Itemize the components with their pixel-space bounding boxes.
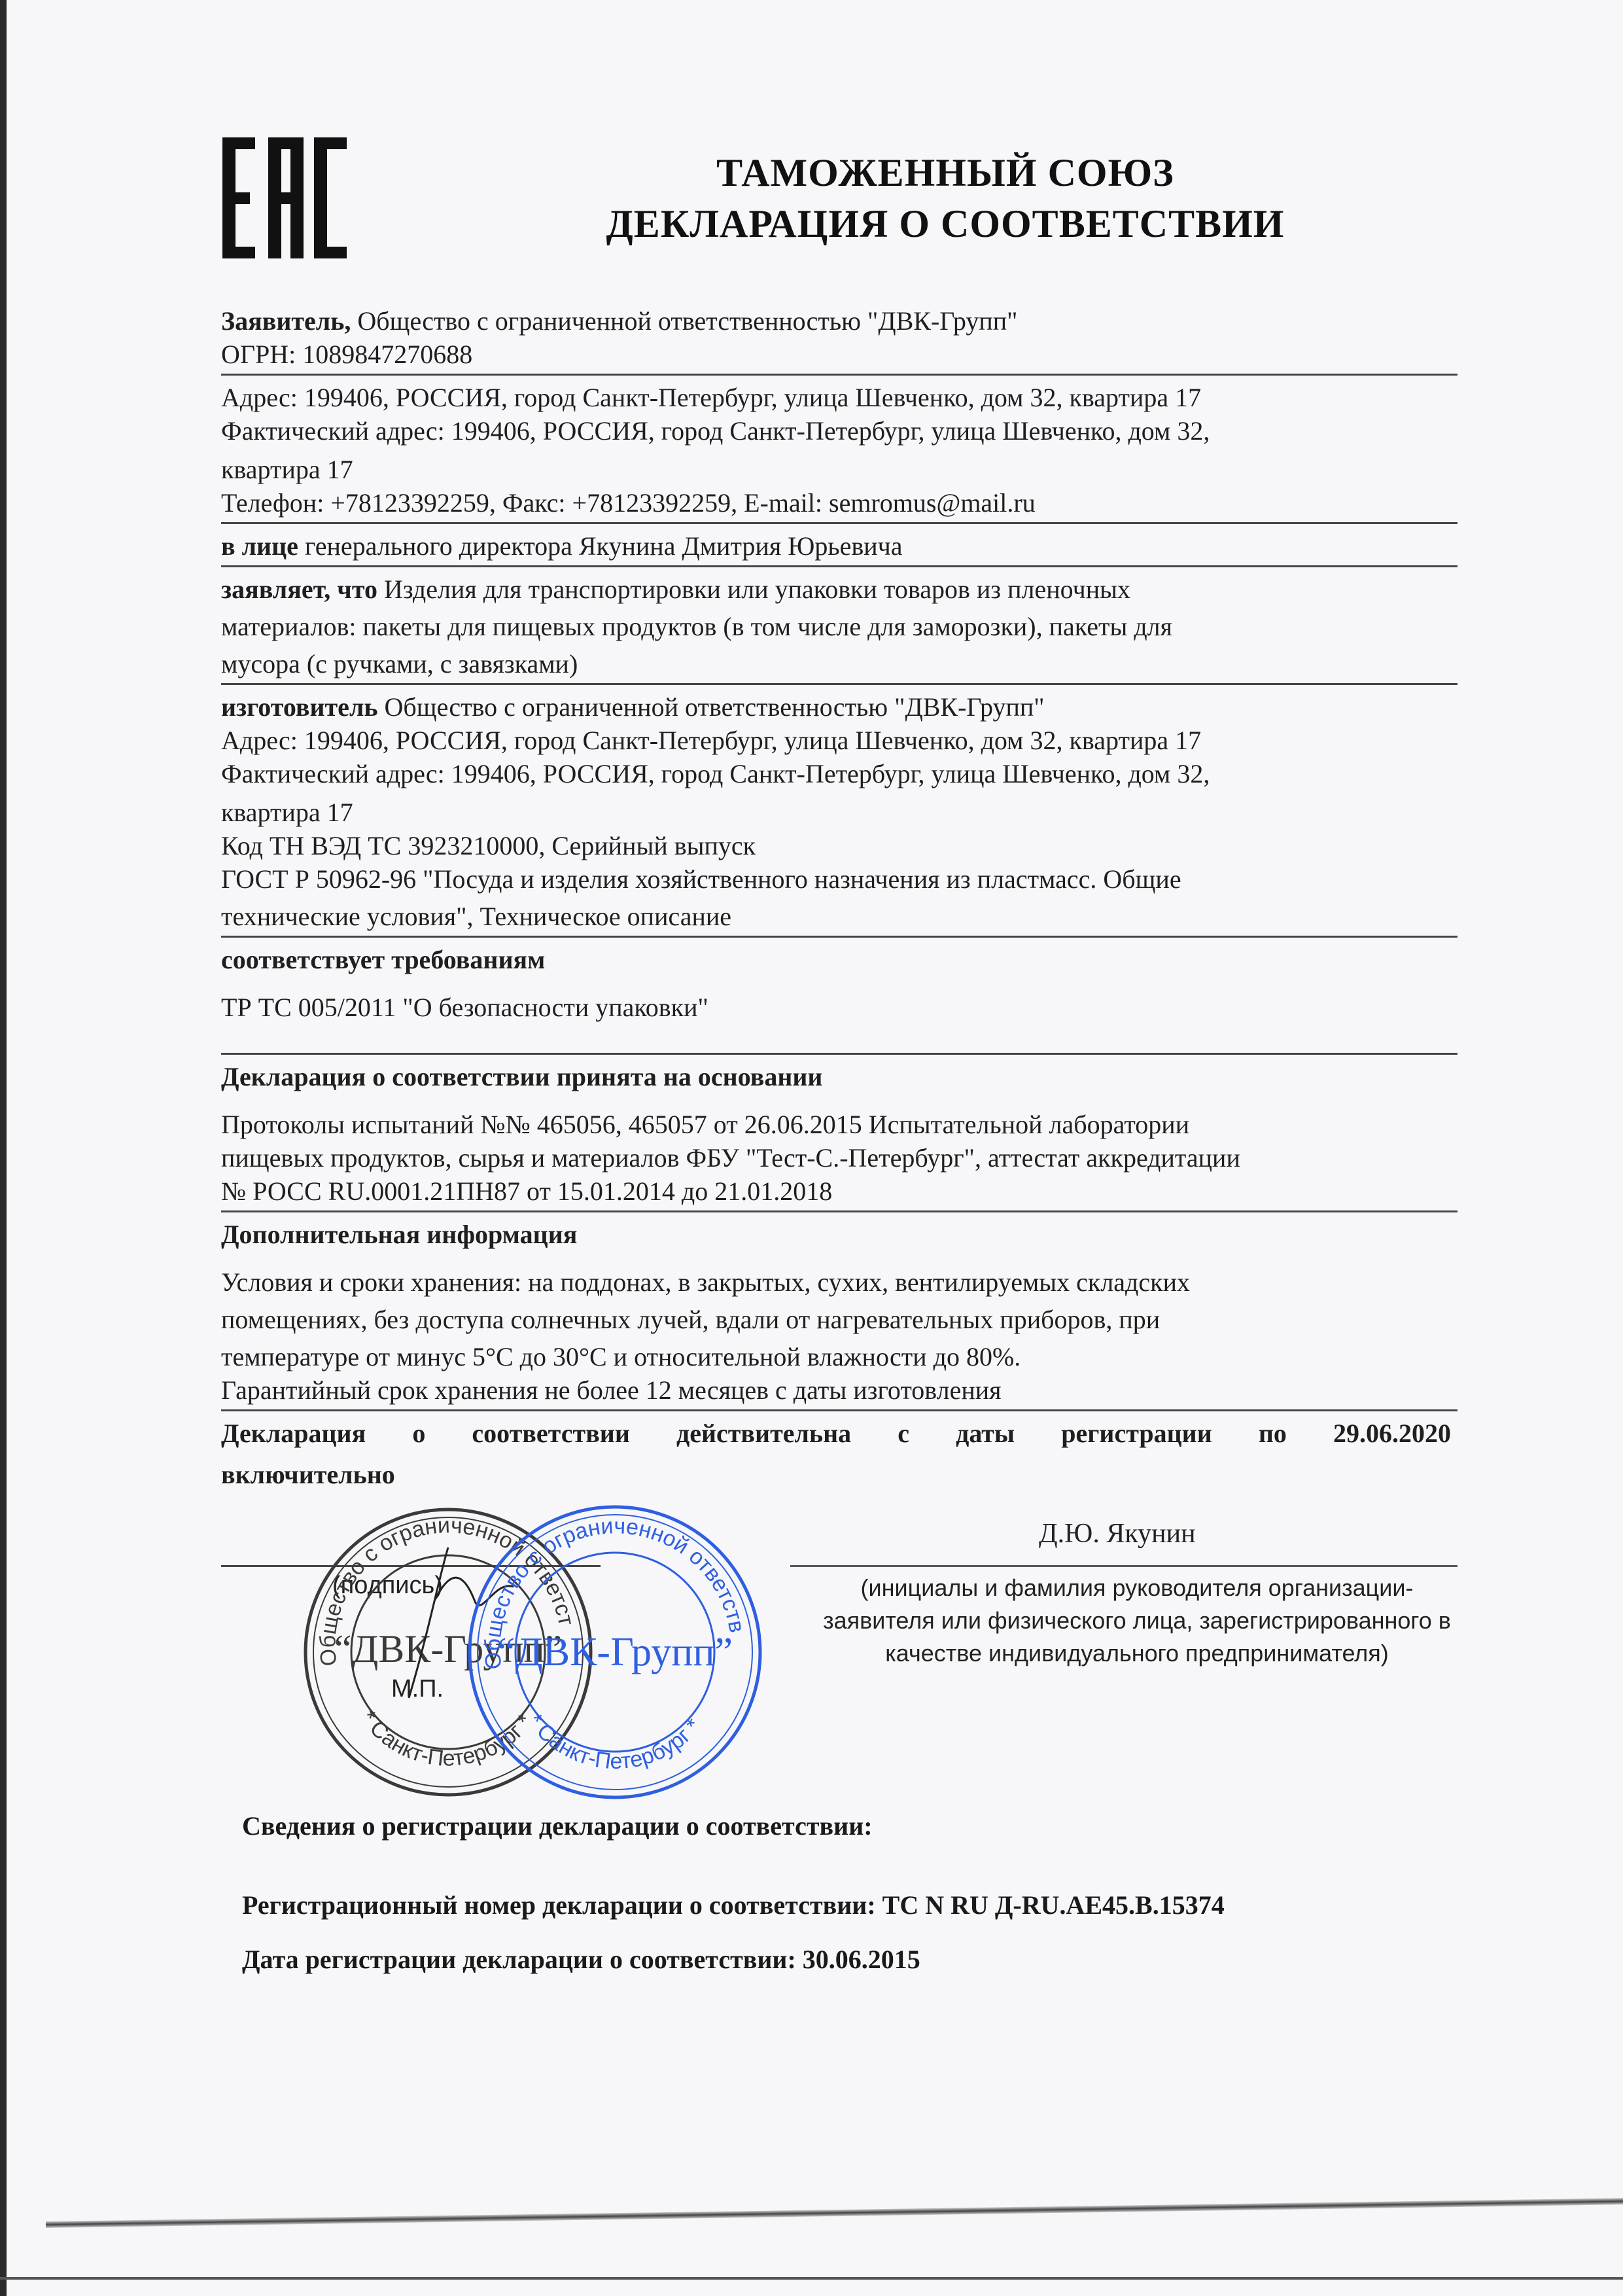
applicant-ogrn: ОГРН: 1089847270688 (221, 338, 1451, 371)
validity-line-2: включительно (221, 1458, 1451, 1491)
registration-number: Регистрационный номер декларации о соотв… (242, 1888, 1485, 1922)
applicant-actual-address: Фактический адрес: 199406, РОССИЯ, город… (221, 414, 1451, 448)
divider (221, 1409, 1457, 1411)
representative-text: генерального директора Якунина Дмитрия Ю… (298, 531, 903, 561)
manufacturer-actual-address: Фактический адрес: 199406, РОССИЯ, город… (221, 757, 1451, 790)
manufacturer-section: изготовитель Общество с ограниченной отв… (221, 690, 1451, 933)
compliance-section: соответствует требованиям ТР ТС 005/2011… (221, 943, 1451, 1050)
manufacturer-name: Общество с ограниченной ответственностью… (378, 692, 1045, 722)
applicant-name: Общество с ограниченной ответственностью… (351, 306, 1017, 336)
divider (221, 1210, 1457, 1212)
representative-line: в лице генерального директора Якунина Дм… (221, 529, 1451, 563)
compliance-label: соответствует требованиям (221, 943, 1451, 976)
footer-rule (46, 2198, 1623, 2228)
scan-edge (0, 0, 7, 2296)
basis-line-3: № РОСС RU.0001.21ПН87 от 15.01.2014 до 2… (221, 1174, 1451, 1208)
storage-line-2: помещениях, без доступа солнечных лучей,… (221, 1303, 1451, 1336)
validity-line-1: Декларация о соответствии действительна … (221, 1417, 1451, 1450)
hs-code: Код ТН ВЭД ТС 3923210000, Серийный выпус… (221, 829, 1451, 862)
divider (221, 683, 1457, 685)
eac-logo-icon (222, 137, 353, 258)
applicant-section: Заявитель, Общество с ограниченной ответ… (221, 304, 1451, 371)
document-title: ТАМОЖЕННЫЙ СОЮЗ ДЕКЛАРАЦИЯ О СООТВЕТСТВИ… (536, 147, 1354, 249)
product-line-3: мусора (с ручками, с завязками) (221, 647, 1451, 680)
signer-caption: (инициалы и фамилия руководителя организ… (797, 1572, 1477, 1670)
eac-letter-c (314, 137, 351, 258)
eac-letter-e (222, 137, 259, 258)
svg-text:* Санкт-Петербург *: * Санкт-Петербург * (522, 1709, 706, 1774)
company-stamp-blue: Общество с ограниченной ответственностью… (461, 1498, 769, 1806)
applicant-label: Заявитель, (221, 306, 351, 336)
registration-date: Дата регистрации декларации о соответств… (242, 1943, 1485, 1976)
document-body: Заявитель, Общество с ограниченной ответ… (221, 304, 1451, 1491)
signer-name-line (790, 1565, 1457, 1567)
signer-name: Д.Ю. Якунин (1039, 1518, 1196, 1549)
validity-section: Декларация о соответствии действительна … (221, 1417, 1451, 1491)
basis-line-2: пищевых продуктов, сырья и материалов ФБ… (221, 1141, 1451, 1174)
title-customs-union: ТАМОЖЕННЫЙ СОЮЗ (536, 147, 1354, 198)
storage-line-3: температуре от минус 5°С до 30°С и относ… (221, 1340, 1451, 1373)
basis-line-1: Протоколы испытаний №№ 465056, 465057 от… (221, 1108, 1451, 1141)
registration-section: Сведения о регистрации декларации о соот… (242, 1809, 1485, 1976)
declaration-document: ТАМОЖЕННЫЙ СОЮЗ ДЕКЛАРАЦИЯ О СООТВЕТСТВИ… (0, 0, 1623, 2296)
divider (221, 1053, 1457, 1055)
applicant-address: Адрес: 199406, РОССИЯ, город Санкт-Петер… (221, 381, 1451, 414)
divider (221, 936, 1457, 938)
manufacturer-address: Адрес: 199406, РОССИЯ, город Санкт-Петер… (221, 724, 1451, 757)
scan-bottom-edge (0, 2277, 1623, 2280)
registration-heading: Сведения о регистрации декларации о соот… (242, 1809, 1485, 1843)
manufacturer-label: изготовитель (221, 692, 378, 722)
applicant-contacts: Телефон: +78123392259, Факс: +7812339225… (221, 486, 1451, 520)
basis-label: Декларация о соответствии принята на осн… (221, 1060, 1451, 1093)
storage-line-1: Условия и сроки хранения: на поддонах, в… (221, 1265, 1451, 1299)
eac-letter-a (268, 137, 305, 258)
product-line-2: материалов: пакеты для пищевых продуктов… (221, 610, 1451, 643)
warranty-line: Гарантийный срок хранения не более 12 ме… (221, 1373, 1451, 1407)
additional-info-section: Дополнительная информация Условия и срок… (221, 1218, 1451, 1407)
divider (221, 522, 1457, 524)
representative-label: в лице (221, 531, 298, 561)
compliance-regulation: ТР ТС 005/2011 "О безопасности упаковки" (221, 991, 1451, 1024)
gost-line-1: ГОСТ Р 50962-96 "Посуда и изделия хозяйс… (221, 862, 1451, 896)
product-section: заявляет, что Изделия для транспортировк… (221, 573, 1451, 680)
basis-section: Декларация о соответствии принята на осн… (221, 1060, 1451, 1208)
additional-info-label: Дополнительная информация (221, 1218, 1451, 1251)
declares-label: заявляет, что (221, 574, 377, 604)
validity-end-date: 29.06.2020 (1333, 1417, 1451, 1450)
applicant-contacts-section: Адрес: 199406, РОССИЯ, город Санкт-Петер… (221, 381, 1451, 520)
product-line-1: Изделия для транспортировки или упаковки… (377, 574, 1130, 604)
gost-line-2: технические условия", Техническое описан… (221, 900, 1451, 933)
divider (221, 565, 1457, 567)
divider (221, 374, 1457, 376)
svg-text:“ДВК-Групп”: “ДВК-Групп” (497, 1630, 733, 1674)
applicant-actual-address-cont: квартира 17 (221, 453, 1451, 486)
title-declaration: ДЕКЛАРАЦИЯ О СООТВЕТСТВИИ (536, 198, 1354, 249)
manufacturer-actual-address-cont: квартира 17 (221, 796, 1451, 829)
